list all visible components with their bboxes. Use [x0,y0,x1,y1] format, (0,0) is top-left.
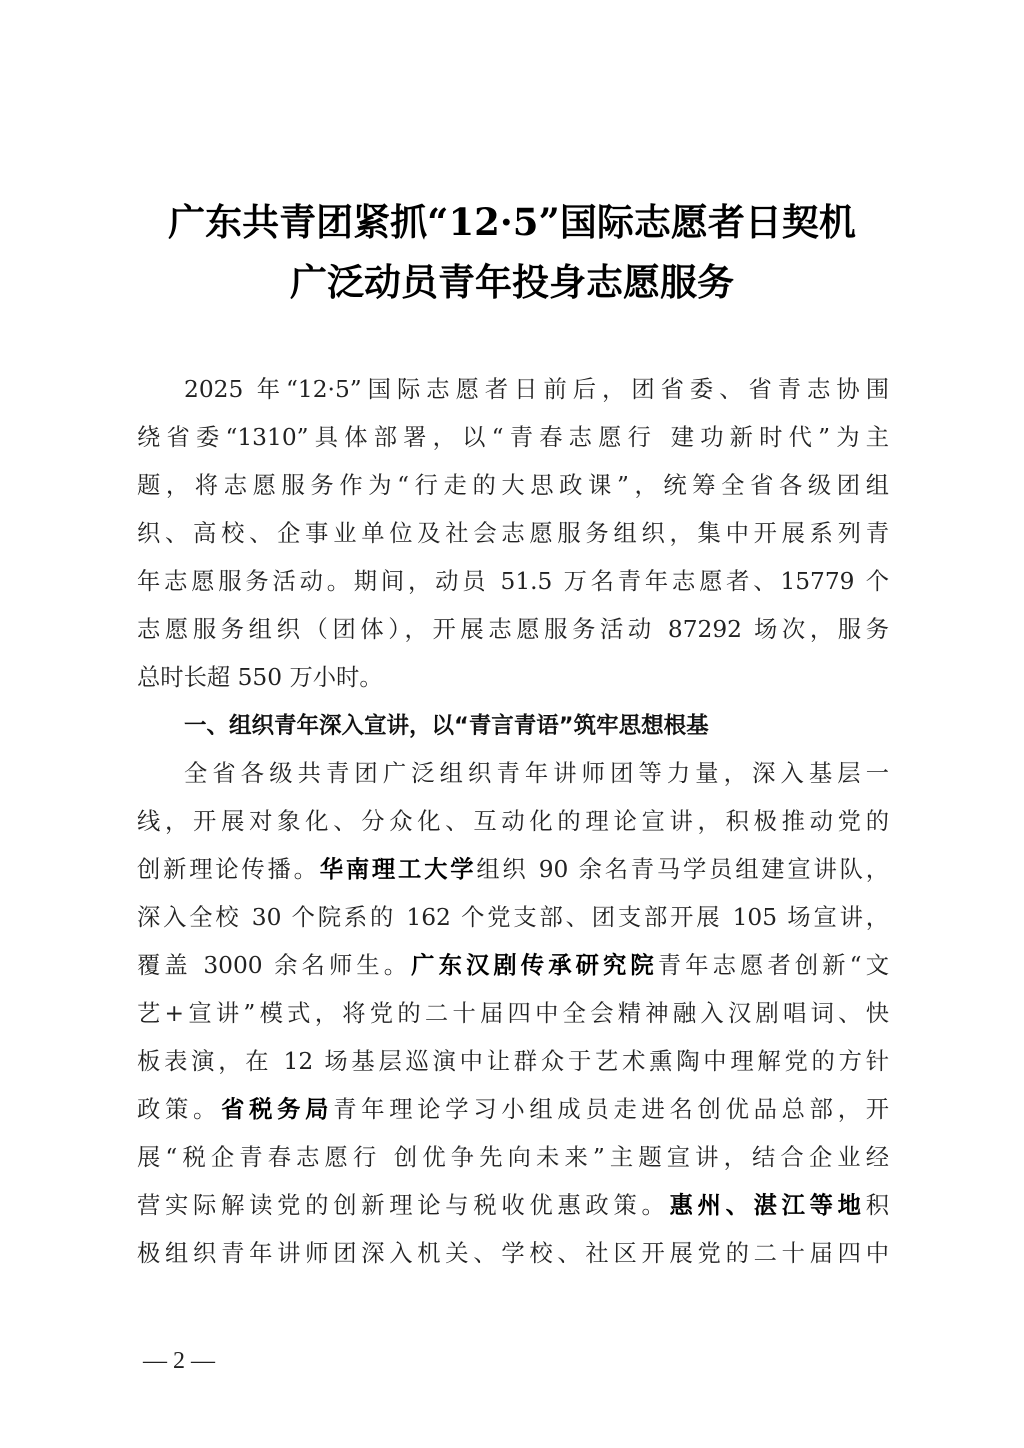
section-line: 艺+宣讲”模式，将党的二十届四中全会精神融入汉剧唱词、快 [137,990,889,1038]
document-page: 广东共青团紧抓“12·5”国际志愿者日契机 广泛动员青年投身志愿服务 2025 … [0,0,1024,1448]
text: 线，开展对象化、分众化、互动化的理论宣讲，积极推动党的 [137,808,889,835]
section-line: 政策。省税务局青年理论学习小组成员走进名创优品总部，开 [137,1086,889,1134]
text: 营实际解读党的创新理论与税收优惠政策。 [137,1192,670,1219]
section-line: 极组织青年讲师团深入机关、学校、社区开展党的二十届四中 [137,1230,889,1278]
text: 创新理论传播。 [137,856,320,883]
section-line: 展“税企青春志愿行 创优争先向未来”主题宣讲，结合企业经 [137,1134,889,1182]
highlight-org: 省税务局 [221,1096,333,1123]
section-line: 全省各级共青团广泛组织青年讲师团等力量，深入基层一 [137,750,889,798]
text: 组织 90 余名青马学员组建宣讲队， [476,856,889,883]
document-title-line-2: 广泛动员青年投身志愿服务 [130,252,894,306]
highlight-org: 华南理工大学 [320,856,477,883]
document-title-line-1: 广东共青团紧抓“12·5”国际志愿者日契机 [130,192,894,246]
intro-line: 题，将志愿服务作为“行走的大思政课”，统筹全省各级团组 [137,462,889,510]
page-number: — 2 — [143,1348,215,1375]
intro-line: 2025 年“12·5”国际志愿者日前后，团省委、省青志协围 [137,366,889,414]
text: 深入全校 30 个院系的 162 个党支部、团支部开展 105 场宣讲， [137,904,889,931]
text: 青年理论学习小组成员走进名创优品总部，开 [333,1096,889,1123]
intro-line: 志愿服务组织（团体），开展志愿服务活动 87292 场次，服务 [137,606,889,654]
section-line: 深入全校 30 个院系的 162 个党支部、团支部开展 105 场宣讲， [137,894,889,942]
section-line: 覆盖 3000 余名师生。广东汉剧传承研究院青年志愿者创新“文 [137,942,889,990]
text: 板表演，在 12 场基层巡演中让群众于艺术熏陶中理解党的方针 [137,1048,889,1075]
text: 艺+宣讲”模式，将党的二十届四中全会精神融入汉剧唱词、快 [137,1000,889,1027]
section-line: 线，开展对象化、分众化、互动化的理论宣讲，积极推动党的 [137,798,889,846]
highlight-org: 惠州、湛江等地 [670,1192,866,1219]
intro-line: 绕省委“1310”具体部署，以“青春志愿行 建功新时代”为主 [137,414,889,462]
section-line: 创新理论传播。华南理工大学组织 90 余名青马学员组建宣讲队， [137,846,889,894]
text: 青年志愿者创新“文 [658,952,889,979]
highlight-org: 广东汉剧传承研究院 [411,952,658,979]
section-heading: 一、组织青年深入宣讲，以“青言青语”筑牢思想根基 [137,702,889,750]
section-line: 板表演，在 12 场基层巡演中让群众于艺术熏陶中理解党的方针 [137,1038,889,1086]
text: 全省各级共青团广泛组织青年讲师团等力量，深入基层一 [184,760,889,787]
intro-line: 年志愿服务活动。期间，动员 51.5 万名青年志愿者、15779 个 [137,558,889,606]
intro-line: 总时长超 550 万小时。 [137,654,889,702]
intro-line: 织、高校、企事业单位及社会志愿服务组织，集中开展系列青 [137,510,889,558]
text: 覆盖 3000 余名师生。 [137,952,411,979]
text: 展“税企青春志愿行 创优争先向未来”主题宣讲，结合企业经 [137,1144,889,1171]
text: 积 [866,1192,889,1219]
text: 极组织青年讲师团深入机关、学校、社区开展党的二十届四中 [137,1240,889,1267]
text: 政策。 [137,1096,221,1123]
section-line: 营实际解读党的创新理论与税收优惠政策。惠州、湛江等地积 [137,1182,889,1230]
intro-paragraph: 2025 年“12·5”国际志愿者日前后，团省委、省青志协围 绕省委“1310”… [137,366,889,1278]
